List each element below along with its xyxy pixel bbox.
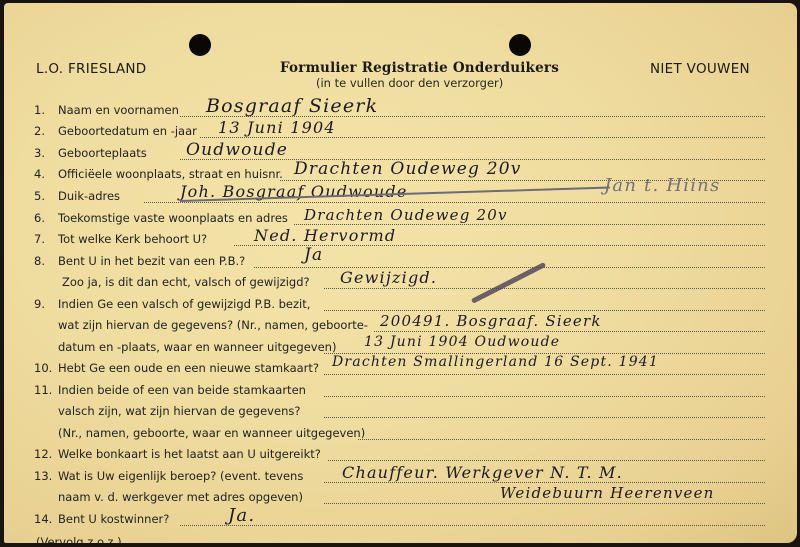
field-number: 3. — [34, 146, 45, 160]
handwritten-value: Drachten Oudeweg 20v — [294, 159, 522, 179]
field-number: 6. — [34, 211, 45, 225]
field-label: Geboortedatum en -jaar — [58, 124, 197, 138]
field-label: Wat is Uw eigenlijk beroep? (event. teve… — [58, 469, 303, 483]
registration-card: L.O. FRIESLAND Formulier Registratie Ond… — [4, 3, 797, 543]
field-label: Welke bonkaart is het laatst aan U uitge… — [58, 447, 321, 461]
field-dotted-line — [324, 417, 765, 418]
handwritten-value: 13 Juni 1904 Oudwoude — [364, 334, 560, 350]
field-label: Duik-adres — [58, 189, 120, 203]
handwritten-value: Ja — [304, 245, 323, 265]
form-field-row: 7.Tot welke Kerk behoort U?Ned. Hervormd — [4, 232, 797, 252]
handwritten-value: 13 Juni 1904 — [218, 118, 336, 137]
field-label: wat zijn hiervan de gegevens? (Nr., name… — [58, 318, 368, 332]
form-field-row: 11.Indien beide of een van beide stamkaa… — [4, 383, 797, 403]
field-dotted-line — [324, 288, 765, 289]
form-subtitle: (in te vullen door den verzorger) — [316, 76, 503, 90]
field-label: Geboorteplaats — [58, 146, 147, 160]
field-dotted-line — [324, 482, 765, 483]
field-dotted-line — [144, 202, 765, 203]
handwritten-value: Gewijzigd. — [340, 268, 437, 287]
field-number: 7. — [34, 232, 45, 246]
field-dotted-line — [294, 224, 765, 225]
form-title: Formulier Registratie Onderduikers — [280, 60, 559, 76]
field-number: 14. — [34, 512, 52, 526]
field-number: 9. — [34, 297, 45, 311]
field-label: (Nr., namen, geboorte, waar en wanneer u… — [58, 426, 365, 440]
field-dotted-line — [374, 331, 765, 332]
field-label: Toekomstige vaste woonplaats en adres — [58, 211, 288, 225]
field-number: 10. — [34, 361, 52, 375]
organization-label: L.O. FRIESLAND — [36, 61, 146, 77]
form-field-row: 2.Geboortedatum en -jaar13 Juni 1904 — [4, 124, 797, 144]
handwritten-value: Weidebuurn Heerenveen — [500, 484, 715, 502]
field-number: 5. — [34, 189, 45, 203]
handwritten-value: Ned. Hervormd — [254, 226, 396, 245]
do-not-fold-label: NIET VOUWEN — [650, 61, 750, 77]
field-label: datum en -plaats, waar en wanneer uitgeg… — [58, 340, 336, 354]
field-label: Tot welke Kerk behoort U? — [58, 232, 207, 246]
form-field-row: Zoo ja, is dit dan echt, valsch of gewij… — [4, 275, 797, 295]
field-number: 12. — [34, 447, 52, 461]
field-dotted-line — [324, 503, 765, 504]
form-field-row: (Nr., namen, geboorte, waar en wanneer u… — [4, 426, 797, 446]
field-number: 8. — [34, 254, 45, 268]
handwritten-value: Drachten Smallingerland 16 Sept. 1941 — [332, 354, 659, 370]
field-number: 2. — [34, 124, 45, 138]
field-label: valsch zijn, wat zijn hiervan de gegeven… — [58, 404, 300, 418]
form-field-row: 1.Naam en voornamenBosgraaf Sieerk — [4, 103, 797, 123]
field-label: Naam en voornamen — [58, 103, 179, 117]
handwritten-value: Bosgraaf Sieerk — [206, 95, 378, 117]
form-field-row: 6.Toekomstige vaste woonplaats en adresD… — [4, 211, 797, 231]
field-dotted-line — [358, 439, 765, 440]
punch-hole — [509, 34, 531, 56]
form-field-row: valsch zijn, wat zijn hiervan de gegeven… — [4, 404, 797, 424]
punch-hole — [189, 34, 211, 56]
handwritten-value: Oudwoude — [186, 140, 288, 160]
field-number: 13. — [34, 469, 52, 483]
field-label: naam v. d. werkgever met adres opgeven) — [58, 490, 303, 504]
field-dotted-line — [324, 374, 765, 375]
field-dotted-line — [254, 267, 765, 268]
continued-note: (Vervolg z.o.z.) — [36, 535, 122, 543]
field-label: Bent U in het bezit van een P.B.? — [58, 254, 245, 268]
field-dotted-line — [324, 310, 765, 311]
field-dotted-line — [324, 396, 765, 397]
field-label: Indien beide of een van beide stamkaarte… — [58, 383, 306, 397]
handwritten-value: 200491. Bosgraaf. Sieerk — [380, 312, 602, 330]
field-label: Bent U kostwinner? — [58, 512, 169, 526]
field-dotted-line — [200, 137, 765, 138]
handwritten-value: Chauffeur. Werkgever N. T. M. — [342, 463, 623, 482]
field-number: 1. — [34, 103, 45, 117]
form-field-row: naam v. d. werkgever met adres opgeven)W… — [4, 490, 797, 510]
form-field-row: 10.Hebt Ge een oude en een nieuwe stamka… — [4, 361, 797, 381]
handwritten-value: Drachten Oudeweg 20v — [304, 206, 508, 224]
form-field-row: 14.Bent U kostwinner?Ja. — [4, 512, 797, 532]
field-label: Zoo ja, is dit dan echt, valsch of gewij… — [62, 275, 310, 289]
field-label: Officiëele woonplaats, straat en huisnr. — [58, 167, 283, 181]
handwritten-value: Ja. — [228, 505, 255, 526]
field-label: Indien Ge een valsch of gewijzigd P.B. b… — [58, 297, 310, 311]
field-number: 11. — [34, 383, 52, 397]
field-label: Hebt Ge een oude en een nieuwe stamkaart… — [58, 361, 319, 375]
field-dotted-line — [180, 525, 765, 526]
field-dotted-line — [328, 460, 765, 461]
pencil-annotation: Jan t. Hiins — [604, 175, 720, 196]
field-number: 4. — [34, 167, 45, 181]
